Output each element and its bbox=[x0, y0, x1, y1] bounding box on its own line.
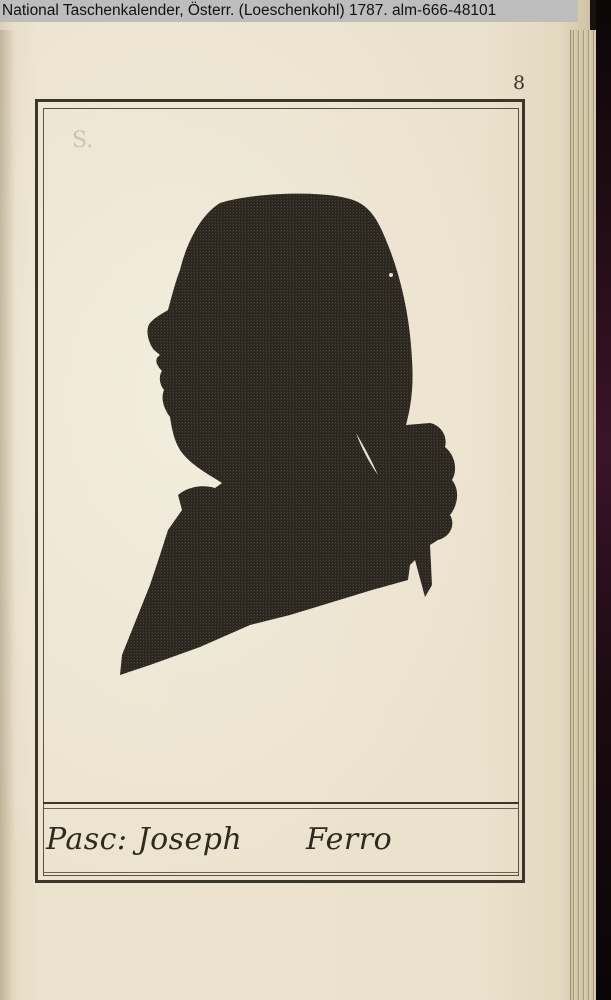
image-title-bar: National Taschenkalender, Österr. (Loesc… bbox=[0, 0, 578, 22]
book-page: S. 8 Pasc: Joseph Ferro bbox=[0, 0, 590, 1000]
caption-surname: Ferro bbox=[306, 812, 392, 868]
page-gutter bbox=[0, 30, 16, 1000]
caption-given-names: Pasc: Joseph bbox=[46, 812, 242, 868]
silhouette-portrait bbox=[110, 185, 470, 685]
background-shadow bbox=[596, 0, 611, 1000]
caption-rule-bottom bbox=[43, 872, 519, 873]
caption-rule-top-thin bbox=[43, 808, 519, 809]
caption-rule-top bbox=[43, 802, 519, 804]
page-number: 8 bbox=[513, 72, 525, 94]
page-edges bbox=[570, 30, 599, 1000]
